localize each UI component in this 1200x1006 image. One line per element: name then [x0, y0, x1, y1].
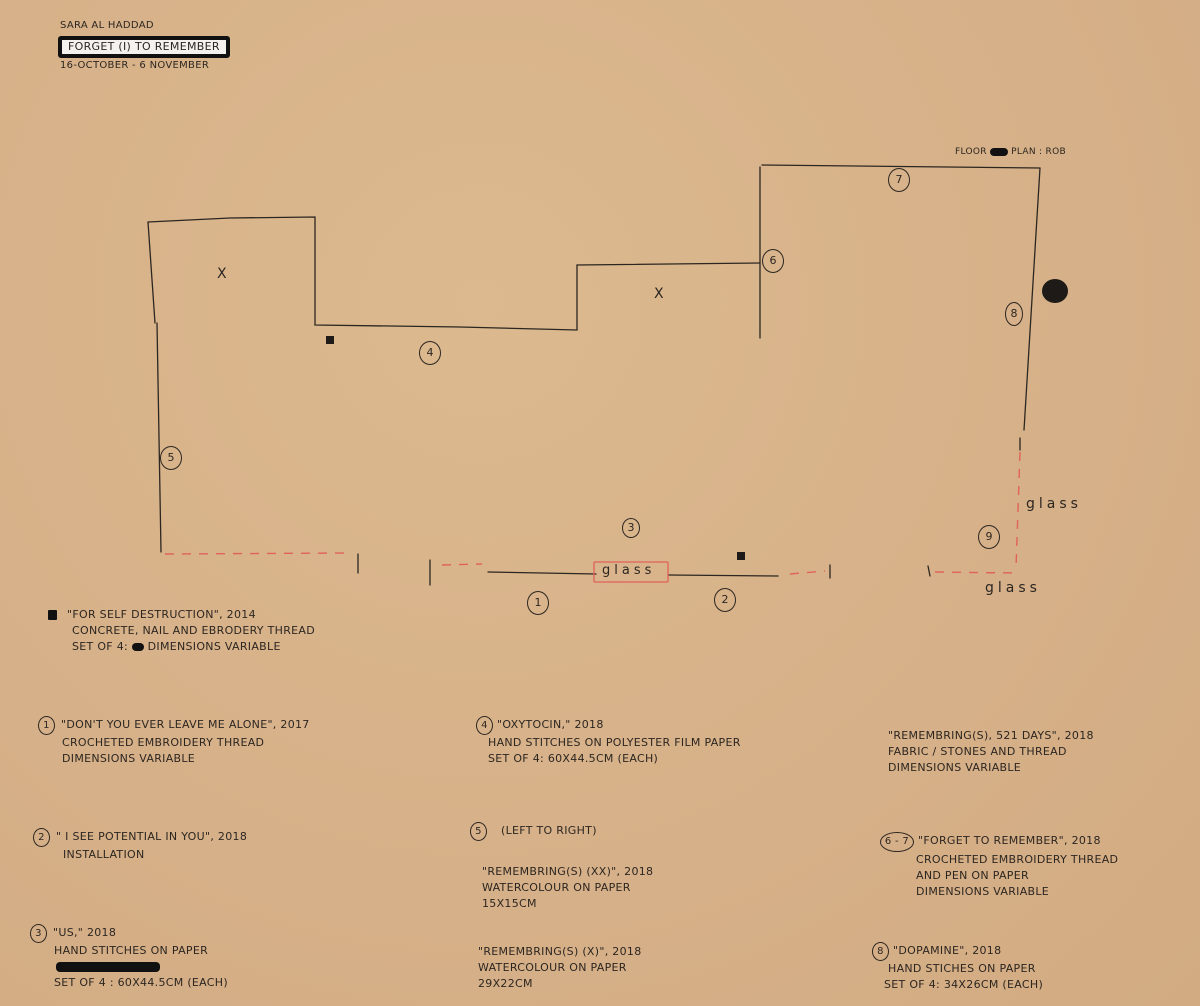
- work-number: 8: [872, 942, 889, 961]
- work-number: 5: [470, 822, 487, 841]
- work-line: SET OF 4: 60X44.5cm (EACH): [476, 751, 741, 767]
- work-title: (LEFT TO RIGHT): [501, 824, 597, 837]
- legend-medium: CONCRETE, NAIL AND EBRODERY THREAD: [48, 623, 315, 639]
- work-line: FABRIC / STONES AND THREAD: [888, 744, 1094, 760]
- marker-9: 9: [978, 525, 1000, 549]
- marker-8: 8: [1005, 302, 1023, 326]
- redaction-mark: [132, 643, 144, 651]
- work-2: 2" I SEE POTENTIAL IN YOU", 2018 INSTALL…: [33, 828, 247, 863]
- work-line: DIMENSIONS VARIABLE: [880, 884, 1118, 900]
- work-line: AND PEN ON PAPER: [880, 868, 1118, 884]
- work-5a: "REMEMBRING(S) (XX)", 2018 WATERCOLOUR O…: [482, 864, 653, 912]
- work-line: CROCHETED EMBROIDERY THREAD: [880, 852, 1118, 868]
- glass-label-right-wall: glass: [1026, 496, 1082, 512]
- work-line: HAND STICHES ON PAPER: [872, 961, 1043, 977]
- work-line: HAND STITCHES ON POLYESTER FILM PAPER: [476, 735, 741, 751]
- work-title: "DON'T YOU EVER LEAVE ME ALONE", 2017: [61, 718, 310, 731]
- x-mark-left-room: X: [217, 266, 227, 282]
- work-8: 8"DOPAMINE", 2018 HAND STICHES ON PAPER …: [872, 942, 1043, 993]
- work-number: 4: [476, 716, 493, 735]
- work-line: DIMENSIONS VARIABLE: [888, 760, 1094, 776]
- marker-7: 7: [888, 168, 910, 192]
- work-line: DIMENSIONS VARIABLE: [38, 751, 310, 767]
- legend-size-prefix: SET OF 4:: [72, 640, 128, 653]
- work-title: "OXYTOCIN," 2018: [497, 718, 604, 731]
- work-line: INSTALLATION: [33, 847, 247, 863]
- work-line: WATERCOLOUR ON PAPER: [478, 960, 642, 976]
- legend-self-destruction: "FOR SELF DESTRUCTION", 2014 CONCRETE, N…: [48, 607, 315, 655]
- work-5b: "REMEMBRING(S) (X)", 2018 WATERCOLOUR ON…: [478, 944, 642, 992]
- work-number: 1: [38, 716, 55, 735]
- work-title: "US," 2018: [53, 926, 116, 939]
- x-mark-middle-room: X: [654, 286, 664, 302]
- work-5: 5(LEFT TO RIGHT): [470, 822, 597, 841]
- work-title: "REMEMBRING(S) (X)", 2018: [478, 944, 642, 960]
- marker-2: 2: [714, 588, 736, 612]
- redaction-mark: [56, 962, 160, 972]
- glass-label-entrance: glass: [602, 563, 655, 578]
- marker-5: 5: [160, 446, 182, 470]
- marker-3: 3: [622, 518, 640, 538]
- work-line: CROCHETED EMBROIDERY THREAD: [38, 735, 310, 751]
- marker-1: 1: [527, 591, 549, 615]
- object-icon: [48, 610, 57, 620]
- work-title: " I SEE POTENTIAL IN YOU", 2018: [56, 830, 247, 843]
- work-9: "REMEMBRING(S), 521 DAYS", 2018 FABRIC /…: [888, 728, 1094, 776]
- work-title: "REMEMBRING(S), 521 DAYS", 2018: [888, 728, 1094, 744]
- work-4: 4"OXYTOCIN," 2018 HAND STITCHES ON POLYE…: [476, 716, 741, 767]
- work-title: "DOPAMINE", 2018: [893, 944, 1001, 957]
- marker-6: 6: [762, 249, 784, 273]
- work-line: 15X15cm: [482, 896, 653, 912]
- work-title: "REMEMBRING(S) (XX)", 2018: [482, 864, 653, 880]
- work-line: 29X22cm: [478, 976, 642, 992]
- legend-size: DIMENSIONS VARIABLE: [148, 640, 281, 653]
- work-3: 3"US," 2018 HAND STITCHES ON PAPER SET O…: [30, 924, 228, 991]
- work-1: 1"DON'T YOU EVER LEAVE ME ALONE", 2017 C…: [38, 716, 310, 767]
- work-line: SET OF 4: 34X26cm (EACH): [872, 977, 1043, 993]
- work-number: 2: [33, 828, 50, 847]
- work-6-7: 6 - 7"FORGET TO REMEMBER", 2018 CROCHETE…: [880, 832, 1118, 900]
- work-line: WATERCOLOUR ON PAPER: [482, 880, 653, 896]
- legend-title: "FOR SELF DESTRUCTION", 2014: [67, 608, 256, 621]
- work-line: HAND STITCHES ON PAPER: [30, 943, 228, 959]
- marker-4: 4: [419, 341, 441, 365]
- work-line: SET OF 4 : 60X44.5cm (EACH): [30, 975, 228, 991]
- work-number: 3: [30, 924, 47, 943]
- glass-label-bottom-right: glass: [985, 580, 1041, 596]
- work-title: "FORGET TO REMEMBER", 2018: [918, 834, 1101, 847]
- work-number: 6 - 7: [880, 832, 914, 852]
